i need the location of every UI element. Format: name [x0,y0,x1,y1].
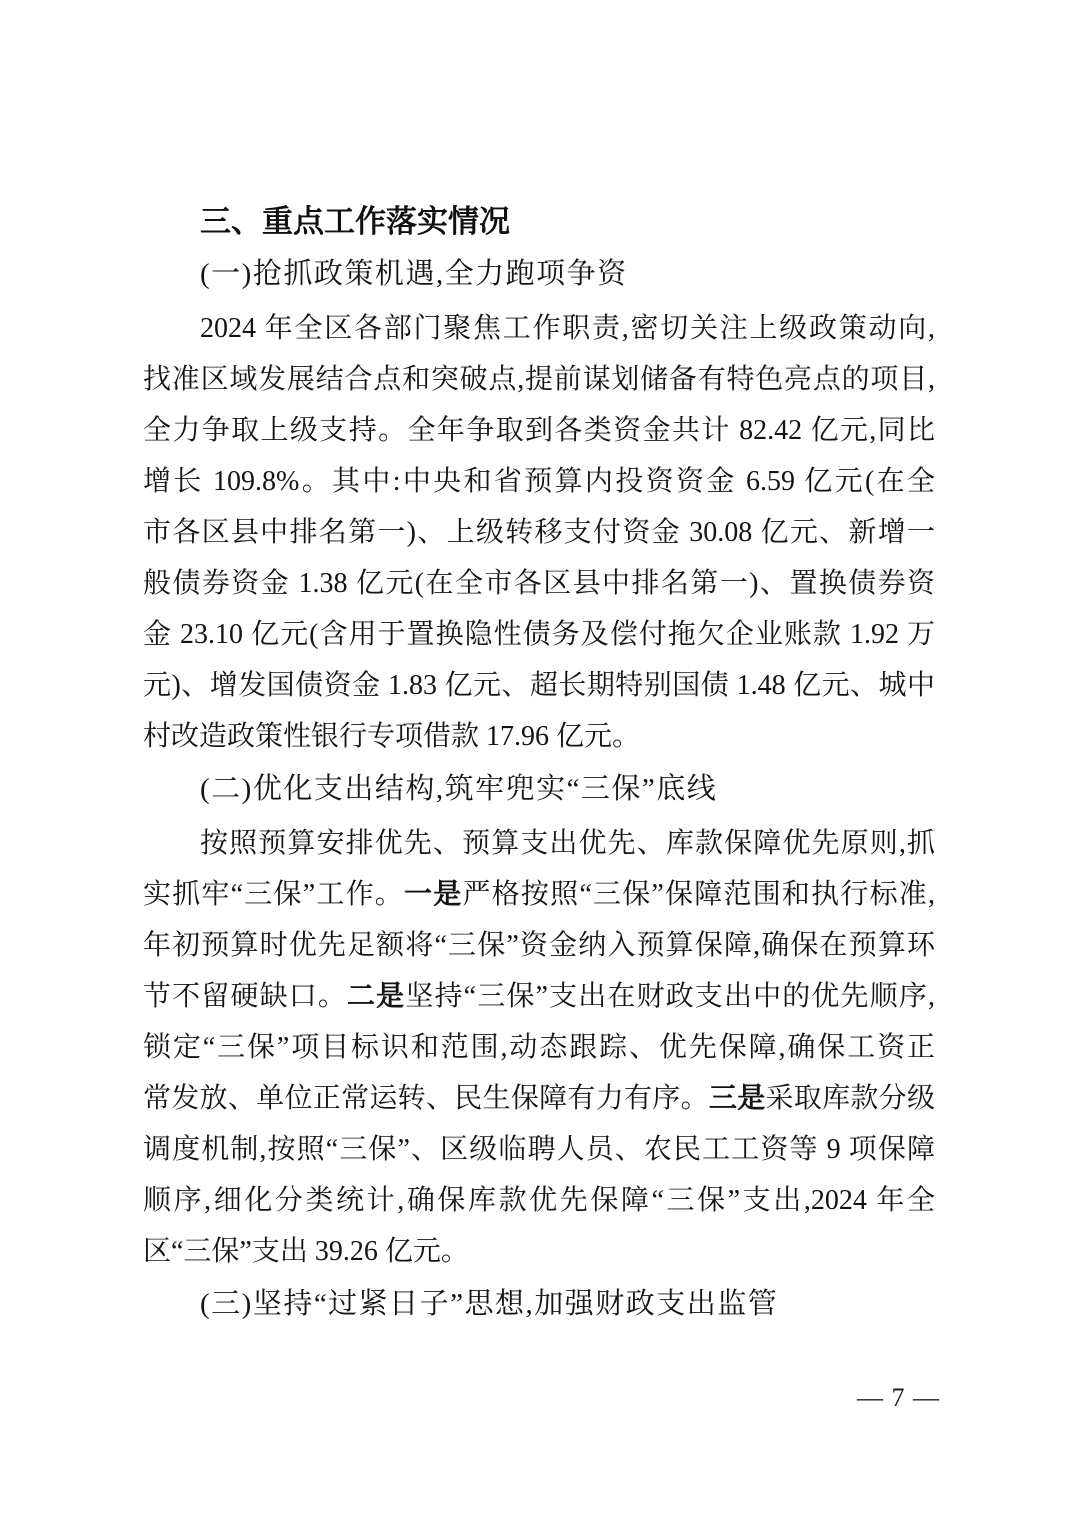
body-line: 2024 年全区各部门聚焦工作职责,密切关注上级政策动向, [143,303,935,354]
body-line: 般债券资金 1.38 亿元(在全市各区县中排名第一)、置换债券资 [143,558,935,609]
page-content: 三、重点工作落实情况 (一)抢抓政策机遇,全力跑项争资 2024 年全区各部门聚… [143,196,935,1333]
paragraph-2: 按照预算安排优先、预算支出优先、库款保障优先原则,抓 实抓牢“三保”工作。一是严… [143,818,935,1277]
body-run: 实抓牢“三保”工作。 [143,879,404,910]
body-line: 增长 109.8%。其中:中央和省预算内投资资金 6.59 亿元(在全 [143,456,935,507]
body-line: 市各区县中排名第一)、上级转移支付资金 30.08 亿元、新增一 [143,507,935,558]
body-line: 按照预算安排优先、预算支出优先、库款保障优先原则,抓 [143,818,935,869]
body-line: 找准区域发展结合点和突破点,提前谋划储备有特色亮点的项目, [143,354,935,405]
body-line: 全力争取上级支持。全年争取到各类资金共计 82.42 亿元,同比 [143,405,935,456]
body-run: 节不留硬缺口。 [143,981,347,1012]
emphasis-run: 三是 [709,1083,766,1114]
subsection-heading-3: (三)坚持“过紧日子”思想,加强财政支出监管 [143,1279,935,1330]
body-line: 村改造政策性银行专项借款 17.96 亿元。 [143,711,935,762]
body-line: 调度机制,按照“三保”、区级临聘人员、农民工工资等 9 项保障 [143,1124,935,1175]
body-line: 顺序,细化分类统计,确保库款优先保障“三保”支出,2024 年全 [143,1175,935,1226]
body-line: 年初预算时优先足额将“三保”资金纳入预算保障,确保在预算环 [143,920,935,971]
section-heading: 三、重点工作落实情况 [143,196,935,247]
emphasis-run: 一是 [404,879,462,910]
body-line: 区“三保”支出 39.26 亿元。 [143,1226,935,1277]
body-line: 节不留硬缺口。二是坚持“三保”支出在财政支出中的优先顺序, [143,971,935,1022]
body-run: 坚持“三保”支出在财政支出中的优先顺序, [405,981,935,1012]
emphasis-run: 二是 [347,981,405,1012]
paragraph-1: 2024 年全区各部门聚焦工作职责,密切关注上级政策动向, 找准区域发展结合点和… [143,303,935,762]
body-line: 实抓牢“三保”工作。一是严格按照“三保”保障范围和执行标准, [143,869,935,920]
body-line: 元)、增发国债资金 1.83 亿元、超长期特别国债 1.48 亿元、城中 [143,660,935,711]
subsection-heading-2: (二)优化支出结构,筑牢兜实“三保”底线 [143,764,935,815]
body-line: 锁定“三保”项目标识和范围,动态跟踪、优先保障,确保工资正 [143,1022,935,1073]
body-run: 严格按照“三保”保障范围和执行标准, [462,879,935,910]
body-line: 金 23.10 亿元(含用于置换隐性债务及偿付拖欠企业账款 1.92 万 [143,609,935,660]
page-number: — 7 — [857,1383,940,1413]
subsection-heading-1: (一)抢抓政策机遇,全力跑项争资 [143,249,935,300]
body-run: 常发放、单位正常运转、民生保障有力有序。 [143,1083,709,1114]
body-line: 常发放、单位正常运转、民生保障有力有序。三是采取库款分级 [143,1073,935,1124]
document-page: 三、重点工作落实情况 (一)抢抓政策机遇,全力跑项争资 2024 年全区各部门聚… [0,0,1074,1520]
body-run: 采取库款分级 [766,1083,935,1114]
